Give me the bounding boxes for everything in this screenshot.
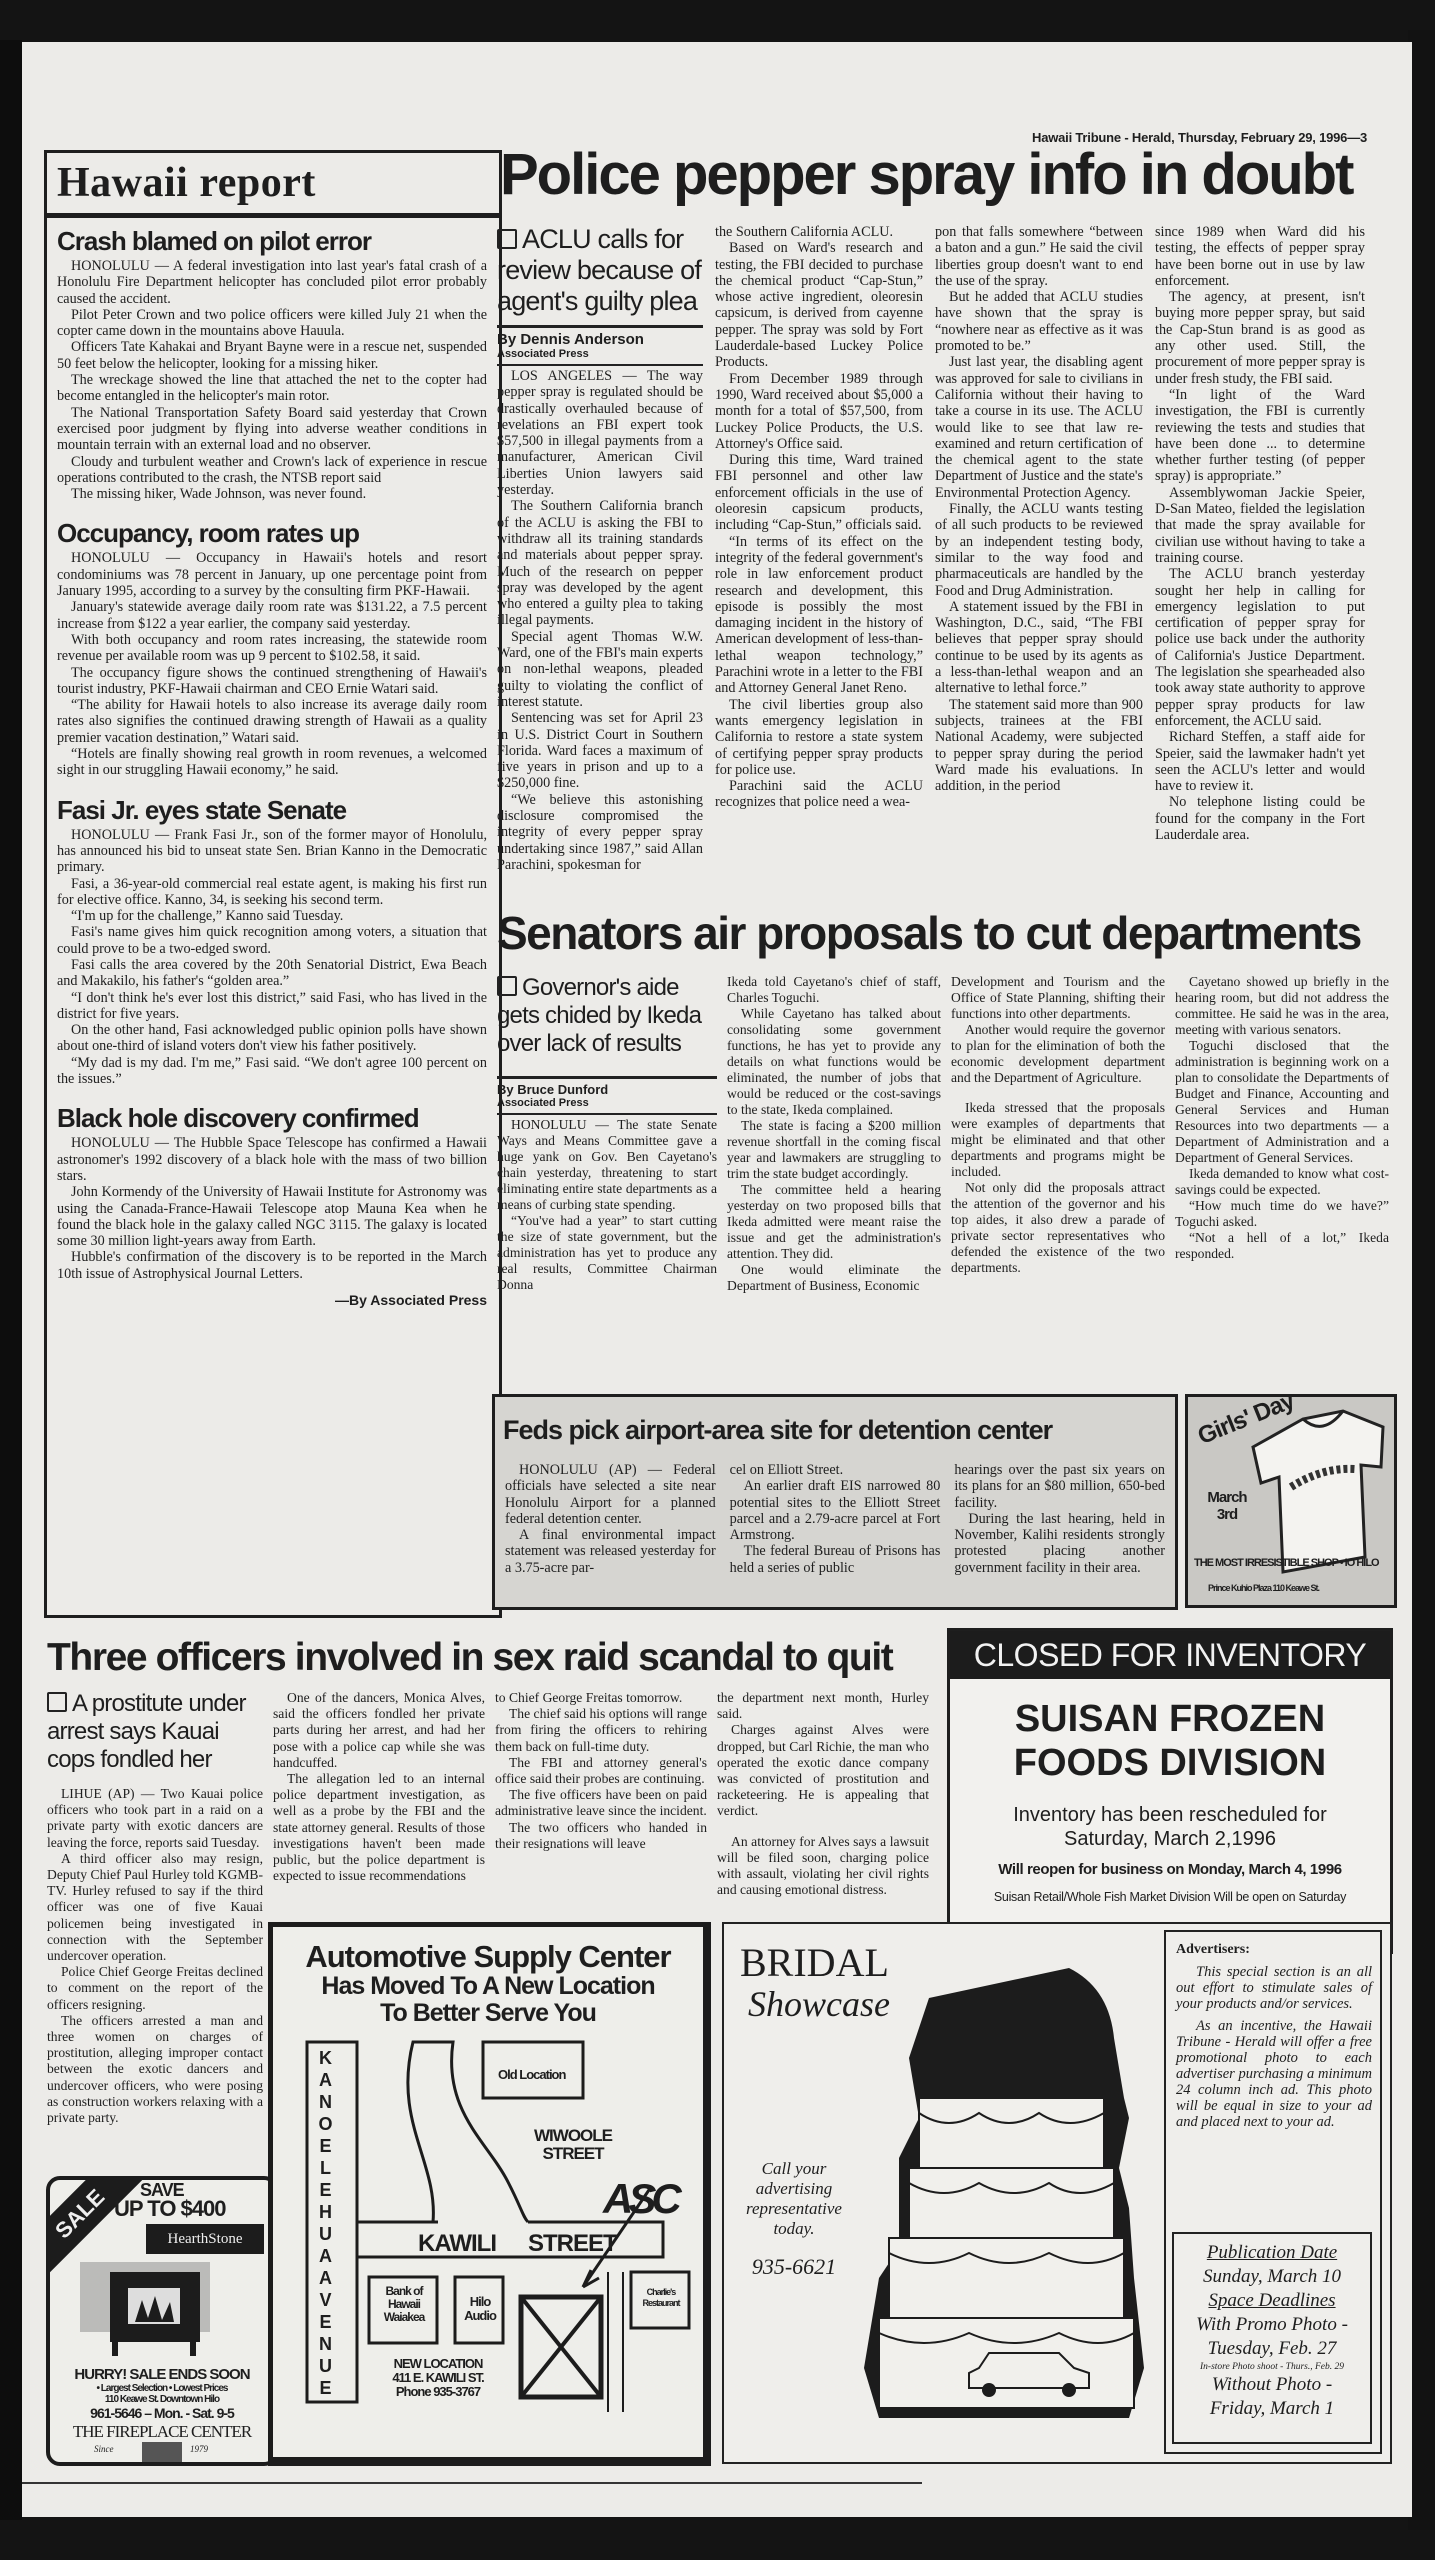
hurry-line: HURRY! SALE ENDS SOON	[50, 2366, 274, 2383]
old-location-label: Old Location	[498, 2067, 565, 2082]
suisan-inventory-date: Saturday, March 2,1996	[950, 1827, 1390, 1851]
hilo-audio-label: Hilo Audio	[457, 2295, 503, 2323]
publication-deadlines-box: Publication Date Sunday, March 10 Space …	[1172, 2232, 1372, 2444]
paragraph: Police Chief George Freitas declined to …	[47, 1964, 263, 2013]
paragraph: Not only did the proposals attract the a…	[951, 1180, 1165, 1276]
paragraph: HONOLULU — The Hubble Space Telescope ha…	[57, 1135, 487, 1184]
pepper-col-3: pon that falls somewhere “between a bato…	[935, 224, 1143, 873]
pepper-spray-article: Police pepper spray info in doubt	[492, 146, 1392, 204]
paragraph: The civil liberties group also wants eme…	[715, 697, 923, 778]
pepper-headline: Police pepper spray info in doubt	[500, 146, 1392, 204]
scan-left-edge	[0, 40, 22, 2520]
asc-sub-1: Has Moved To A New Location	[273, 1973, 703, 2000]
hawaii-report-title: Hawaii report	[57, 153, 499, 213]
checkbox-bullet-icon	[497, 976, 517, 996]
space-deadlines-label: Space Deadlines	[1174, 2290, 1370, 2312]
asc-logo: ASC	[603, 2175, 677, 2223]
publication-date-label: Publication Date	[1174, 2242, 1370, 2264]
paragraph: On the other hand, Fasi acknowledged pub…	[57, 1022, 487, 1055]
scan-right-edge	[1408, 30, 1435, 2530]
paragraph: The federal Bureau of Prisons has held a…	[730, 1543, 941, 1576]
feds-col-3: hearings over the past six years on its …	[954, 1462, 1165, 1576]
paragraph: “We believe this astonishing disclosure …	[497, 792, 703, 873]
hearthstone-brand: HearthStone	[146, 2224, 264, 2254]
publication-date: Sunday, March 10	[1174, 2266, 1370, 2288]
story-crash: Crash blamed on pilot error HONOLULU — A…	[57, 228, 487, 502]
senators-col-1: Governor's aide gets chided by Ikeda ove…	[497, 974, 717, 1294]
paragraph: since 1989 when Ward did his testing, th…	[1155, 224, 1365, 289]
paragraph: Fasi, a 36-year-old commercial real esta…	[57, 876, 487, 909]
paragraph: HONOLULU — Frank Fasi Jr., son of the fo…	[57, 827, 487, 876]
paragraph: LOS ANGELES — The way pepper spray is re…	[497, 368, 703, 498]
agency-credit: Associated Press	[497, 1097, 717, 1109]
fireplace-name: THE FIREPLACE CENTER	[50, 2422, 274, 2442]
girls-day-ad[interactable]: Girls' Day March 3rd THE MOST IRRESISTIB…	[1185, 1394, 1397, 1608]
paragraph: “You've had a year” to start cutting the…	[497, 1213, 717, 1293]
divider	[497, 1076, 717, 1079]
paragraph: Toguchi disclosed that the administratio…	[1175, 1038, 1389, 1166]
divider	[497, 1113, 717, 1115]
deck-text: Governor's aide gets chided by Ikeda ove…	[497, 974, 701, 1057]
checkbox-bullet-icon	[47, 1692, 67, 1712]
officers-deck: A prostitute under arrest says Kauai cop…	[47, 1690, 263, 1774]
paragraph: An earlier draft EIS narrowed 80 potenti…	[730, 1478, 941, 1543]
officers-headline: Three officers involved in sex raid scan…	[47, 1638, 967, 1677]
paragraph: “In terms of its effect on the integrity…	[715, 534, 923, 697]
girls-day-date: March 3rd	[1202, 1489, 1252, 1523]
with-photo-date: Tuesday, Feb. 27	[1174, 2338, 1370, 2360]
paragraph: The occupancy figure shows the continued…	[57, 665, 487, 698]
paragraph: During the last hearing, held in Novembe…	[954, 1511, 1165, 1576]
bank-of-hawaii-label: Bank of Hawaii Waiakea	[373, 2285, 435, 2324]
paragraph: The state is facing a $200 million reven…	[727, 1118, 941, 1182]
paragraph: Another would require the governor to pl…	[951, 1022, 1165, 1086]
paragraph: HONOLULU — The state Senate Ways and Mea…	[497, 1117, 717, 1213]
paragraph: Ikeda stressed that the proposals were e…	[951, 1100, 1165, 1180]
paragraph: Assemblywoman Jackie Speier, D-San Mateo…	[1155, 485, 1365, 566]
suisan-banner: CLOSED FOR INVENTORY	[950, 1631, 1390, 1679]
paragraph: While Cayetano has talked about consolid…	[727, 1006, 941, 1118]
paragraph: Richard Steffen, a staff aide for Speier…	[1155, 729, 1365, 794]
paragraph: Based on Ward's research and testing, th…	[715, 240, 923, 370]
paragraph: One would eliminate the Department of Bu…	[727, 1262, 941, 1294]
kanoelehua-avenue-label: KANOELEHUA AVENUE	[317, 2047, 333, 2399]
agency-credit: Associated Press	[497, 348, 703, 360]
fireplace-phone-hours: 961-5646 – Mon. - Sat. 9-5	[50, 2405, 274, 2421]
advertisers-paragraph-1: This special section is an all out effor…	[1176, 1964, 1372, 2012]
paragraph: A final environmental impact statement w…	[505, 1527, 716, 1576]
paragraph: to Chief George Freitas tomorrow.	[495, 1690, 707, 1706]
story-headline: Fasi Jr. eyes state Senate	[57, 797, 487, 823]
girls-day-address: Prince Kuhio Plaza 110 Keawe St.	[1208, 1583, 1319, 1593]
paragraph: HONOLULU — Occupancy in Hawaii's hotels …	[57, 550, 487, 599]
paragraph: No telephone listing could be found for …	[1155, 794, 1365, 843]
paragraph: Cloudy and turbulent weather and Crown's…	[57, 454, 487, 487]
paragraph: John Kormendy of the University of Hawai…	[57, 1184, 487, 1249]
fireplace-address: 110 Keawe St. Downtown Hilo	[50, 2394, 274, 2405]
officers-col-1: A prostitute under arrest says Kauai cop…	[47, 1690, 263, 2126]
paragraph: “Hotels are finally showing real growth …	[57, 746, 487, 779]
column-text: HONOLULU — The state Senate Ways and Mea…	[497, 1117, 717, 1293]
paragraph: Pilot Peter Crown and two police officer…	[57, 307, 487, 340]
paragraph: A third officer also may resign, Deputy …	[47, 1851, 263, 1964]
hawaii-report-stories: Crash blamed on pilot error HONOLULU — A…	[47, 218, 499, 1308]
checkbox-bullet-icon	[497, 229, 517, 249]
hawaii-report-box: Hawaii report Crash blamed on pilot erro…	[44, 150, 502, 1618]
without-photo-label: Without Photo -	[1174, 2374, 1370, 2396]
senators-deck: Governor's aide gets chided by Ikeda ove…	[497, 974, 717, 1058]
story-headline: Black hole discovery confirmed	[57, 1105, 487, 1131]
story-headline: Crash blamed on pilot error	[57, 228, 487, 254]
paragraph: The missing hiker, Wade Johnson, was nev…	[57, 486, 487, 502]
paragraph: The National Transportation Safety Board…	[57, 405, 487, 454]
paragraph: Finally, the ACLU wants testing of all s…	[935, 501, 1143, 599]
suisan-footer: Suisan Retail/Whole Fish Market Division…	[950, 1890, 1390, 1904]
feds-col-1: HONOLULU (AP) — Federal officials have s…	[505, 1462, 716, 1576]
paragraph: An attorney for Alves says a lawsuit wil…	[717, 1834, 929, 1899]
tshirt-icon	[1243, 1407, 1388, 1577]
paragraph: LIHUE (AP) — Two Kauai police officers w…	[47, 1786, 263, 1851]
paragraph: The ACLU branch yesterday sought her hel…	[1155, 566, 1365, 729]
wood-stove-icon	[80, 2252, 230, 2362]
kawili-label: KAWILI	[418, 2230, 496, 2258]
paragraph: January's statewide average daily room r…	[57, 599, 487, 632]
paragraph: Development and Tourism and the Office o…	[951, 974, 1165, 1022]
bridal-cta: Call your advertising representative tod…	[734, 2159, 854, 2239]
new-location-label: NEW LOCATION	[373, 2357, 503, 2371]
asc-ad[interactable]: Automotive Supply Center Has Moved To A …	[268, 1922, 711, 2466]
story-occupancy: Occupancy, room rates up HONOLULU — Occu…	[57, 520, 487, 778]
paragraph: The statement said more than 900 subject…	[935, 697, 1143, 795]
hawaii-report-header: Hawaii report	[47, 153, 499, 218]
paragraph: The officers arrested a man and three wo…	[47, 2013, 263, 2126]
asc-title: Automotive Supply Center	[273, 1941, 703, 1973]
pepper-deck: ACLU calls for review because of agent's…	[497, 224, 703, 317]
wiwoole-street-label: WIWOOLE STREET	[523, 2127, 623, 2163]
story-headline: Occupancy, room rates up	[57, 520, 487, 546]
paragraph: HONOLULU (AP) — Federal officials have s…	[505, 1462, 716, 1527]
save-line-2: UP TO $400	[114, 2196, 225, 2222]
asc-sub-2: To Better Serve You	[273, 2000, 703, 2027]
paragraph: A statement issued by the FBI in Washing…	[935, 599, 1143, 697]
advertisers-text: Advertisers: This special section is an …	[1166, 1932, 1380, 2130]
pepper-col-1: ACLU calls for review because of agent's…	[497, 224, 703, 873]
story-body: HONOLULU — The Hubble Space Telescope ha…	[57, 1135, 487, 1282]
paragraph: “I'm up for the challenge,” Kanno said T…	[57, 908, 487, 924]
paragraph: pon that falls somewhere “between a bato…	[935, 224, 1143, 289]
charlies-restaurant-label: Charlie's Restaurant	[633, 2287, 689, 2309]
kawili-street-label: STREET	[528, 2230, 617, 2258]
paragraph: The five officers have been on paid admi…	[495, 1787, 707, 1819]
paragraph: The Southern California branch of the AC…	[497, 498, 703, 628]
feds-columns: HONOLULU (AP) — Federal officials have s…	[505, 1462, 1165, 1576]
advertisers-label: Advertisers:	[1176, 1942, 1372, 1958]
paragraph: Ikeda told Cayetano's chief of staff, Ch…	[727, 974, 941, 1006]
paragraph: Fasi calls the area covered by the 20th …	[57, 957, 487, 990]
story-black-hole: Black hole discovery confirmed HONOLULU …	[57, 1105, 487, 1308]
paragraph: Ikeda demanded to know what cost-savings…	[1175, 1166, 1389, 1198]
paragraph: “My dad is my dad. I'm me,” Fasi said. “…	[57, 1055, 487, 1088]
paragraph: Officers Tate Kahakai and Bryant Bayne w…	[57, 339, 487, 372]
fireplace-center-ad[interactable]: SALE SAVE UP TO $400 HearthStone HURRY! …	[46, 2176, 278, 2466]
officers-article: Three officers involved in sex raid scan…	[47, 1638, 967, 1677]
bottom-rule	[22, 2482, 922, 2484]
paragraph: The FBI and attorney general's office sa…	[495, 1755, 707, 1787]
bridal-phone: 935-6621	[724, 2254, 864, 2280]
paragraph: The wreckage showed the line that attach…	[57, 372, 487, 405]
senators-article: Senators air proposals to cut department…	[497, 910, 1397, 956]
paragraph: Sentencing was set for April 23 in U.S. …	[497, 710, 703, 791]
divider	[497, 364, 703, 366]
paragraph: Charges against Alves were dropped, but …	[717, 1722, 929, 1819]
paragraph: The committee held a hearing yesterday o…	[727, 1182, 941, 1262]
new-address: 411 E. KAWILI ST.	[373, 2371, 503, 2385]
pepper-body: ACLU calls for review because of agent's…	[497, 224, 1397, 873]
suisan-reopen: Will reopen for business on Monday, Marc…	[950, 1861, 1390, 1878]
paragraph: “In light of the Ward investigation, the…	[1155, 387, 1365, 485]
feds-col-2: cel on Elliott Street. An earlier draft …	[730, 1462, 941, 1576]
suisan-inventory-line: Inventory has been rescheduled for	[950, 1803, 1390, 1827]
deck-text: ACLU calls for review because of agent's…	[497, 224, 701, 316]
senators-headline: Senators air proposals to cut department…	[497, 910, 1397, 956]
paragraph: But he added that ACLU studies have show…	[935, 289, 1143, 354]
senators-col-2: Ikeda told Cayetano's chief of staff, Ch…	[727, 974, 941, 1294]
story-body: HONOLULU — A federal investigation into …	[57, 258, 487, 502]
column-text: LIHUE (AP) — Two Kauai police officers w…	[47, 1786, 263, 2126]
girls-day-shop: THE MOST IRRESISTIBLE SHOP • IO HILO	[1194, 1557, 1389, 1569]
story-fasi: Fasi Jr. eyes state Senate HONOLULU — Fr…	[57, 797, 487, 1088]
advertisers-paragraph-2: As an incentive, the Hawaii Tribune - He…	[1176, 2018, 1372, 2130]
since-year: 1979	[190, 2444, 208, 2454]
fireplace-logo-icon	[142, 2442, 182, 2462]
advertisers-notice: Advertisers: This special section is an …	[1164, 1930, 1382, 2454]
with-photo-label: With Promo Photo -	[1174, 2314, 1370, 2336]
senators-col-3: Development and Tourism and the Office o…	[951, 974, 1165, 1294]
deck-text: A prostitute under arrest says Kauai cop…	[47, 1690, 246, 1773]
paragraph: Hubble's confirmation of the discovery i…	[57, 1249, 487, 1282]
divider	[497, 325, 703, 328]
byline: By Bruce Dunford	[497, 1082, 717, 1097]
senators-col-4: Cayetano showed up briefly in the hearin…	[1175, 974, 1389, 1294]
paragraph: During this time, Ward trained FBI perso…	[715, 452, 923, 533]
pepper-col-2: the Southern California ACLU. Based on W…	[715, 224, 923, 873]
feds-article-box: Feds pick airport-area site for detentio…	[492, 1394, 1178, 1610]
story-body: HONOLULU — Frank Fasi Jr., son of the fo…	[57, 827, 487, 1088]
story-body: HONOLULU — Occupancy in Hawaii's hotels …	[57, 550, 487, 778]
instore-photo-shoot: In-store Photo shoot - Thurs., Feb. 29	[1174, 2362, 1370, 2372]
paragraph: From December 1989 through 1990, Ward re…	[715, 371, 923, 452]
column-text: LOS ANGELES — The way pepper spray is re…	[497, 368, 703, 873]
paragraph: “The ability for Hawaii hotels to also i…	[57, 697, 487, 746]
byline: By Dennis Anderson	[497, 331, 703, 348]
suisan-company-line-2: FOODS DIVISION	[950, 1741, 1390, 1785]
senators-body: Governor's aide gets chided by Ikeda ove…	[497, 974, 1397, 1294]
pepper-col-4: since 1989 when Ward did his testing, th…	[1155, 224, 1365, 873]
selection-line: • Largest Selection • Lowest Prices	[50, 2383, 274, 2394]
paragraph: Parachini said the ACLU recognizes that …	[715, 778, 923, 811]
credit-line: —By Associated Press	[57, 1292, 487, 1308]
suisan-ad[interactable]: CLOSED FOR INVENTORY SUISAN FROZEN FOODS…	[947, 1628, 1393, 1954]
paragraph: the department next month, Hurley said.	[717, 1690, 929, 1722]
paragraph: “How much time do we have?” Toguchi aske…	[1175, 1198, 1389, 1230]
suisan-company-line-1: SUISAN FROZEN	[950, 1697, 1390, 1741]
wedding-cake-illustration-icon	[859, 1948, 1149, 2438]
paragraph: Special agent Thomas W.W. Ward, one of t…	[497, 629, 703, 710]
paragraph: hearings over the past six years on its …	[954, 1462, 1165, 1511]
paragraph: “Not a hell of a lot,” Ikeda responded.	[1175, 1230, 1389, 1262]
paragraph: The agency, at present, isn't buying mor…	[1155, 289, 1365, 387]
paragraph: Cayetano showed up briefly in the hearin…	[1175, 974, 1389, 1038]
paragraph: HONOLULU — A federal investigation into …	[57, 258, 487, 307]
paragraph: the Southern California ACLU.	[715, 224, 923, 240]
paragraph: The chief said his options will range fr…	[495, 1706, 707, 1755]
paragraph: The allegation led to an internal police…	[273, 1771, 485, 1884]
feds-headline: Feds pick airport-area site for detentio…	[503, 1417, 1175, 1444]
paragraph: The two officers who handed in their res…	[495, 1820, 707, 1852]
paragraph: One of the dancers, Monica Alves, said t…	[273, 1690, 485, 1771]
paragraph: “I don't think he's ever lost this distr…	[57, 990, 487, 1023]
paragraph: With both occupancy and room rates incre…	[57, 632, 487, 665]
since-label: Since	[94, 2444, 114, 2454]
asc-phone: Phone 935-3767	[373, 2385, 503, 2399]
paragraph: Just last year, the disabling agent was …	[935, 354, 1143, 501]
without-photo-date: Friday, March 1	[1174, 2398, 1370, 2420]
paragraph: Fasi's name gives him quick recognition …	[57, 924, 487, 957]
paragraph: cel on Elliott Street.	[730, 1462, 941, 1478]
newspaper-page: Hawaii Tribune - Herald, Thursday, Febru…	[22, 42, 1412, 2517]
